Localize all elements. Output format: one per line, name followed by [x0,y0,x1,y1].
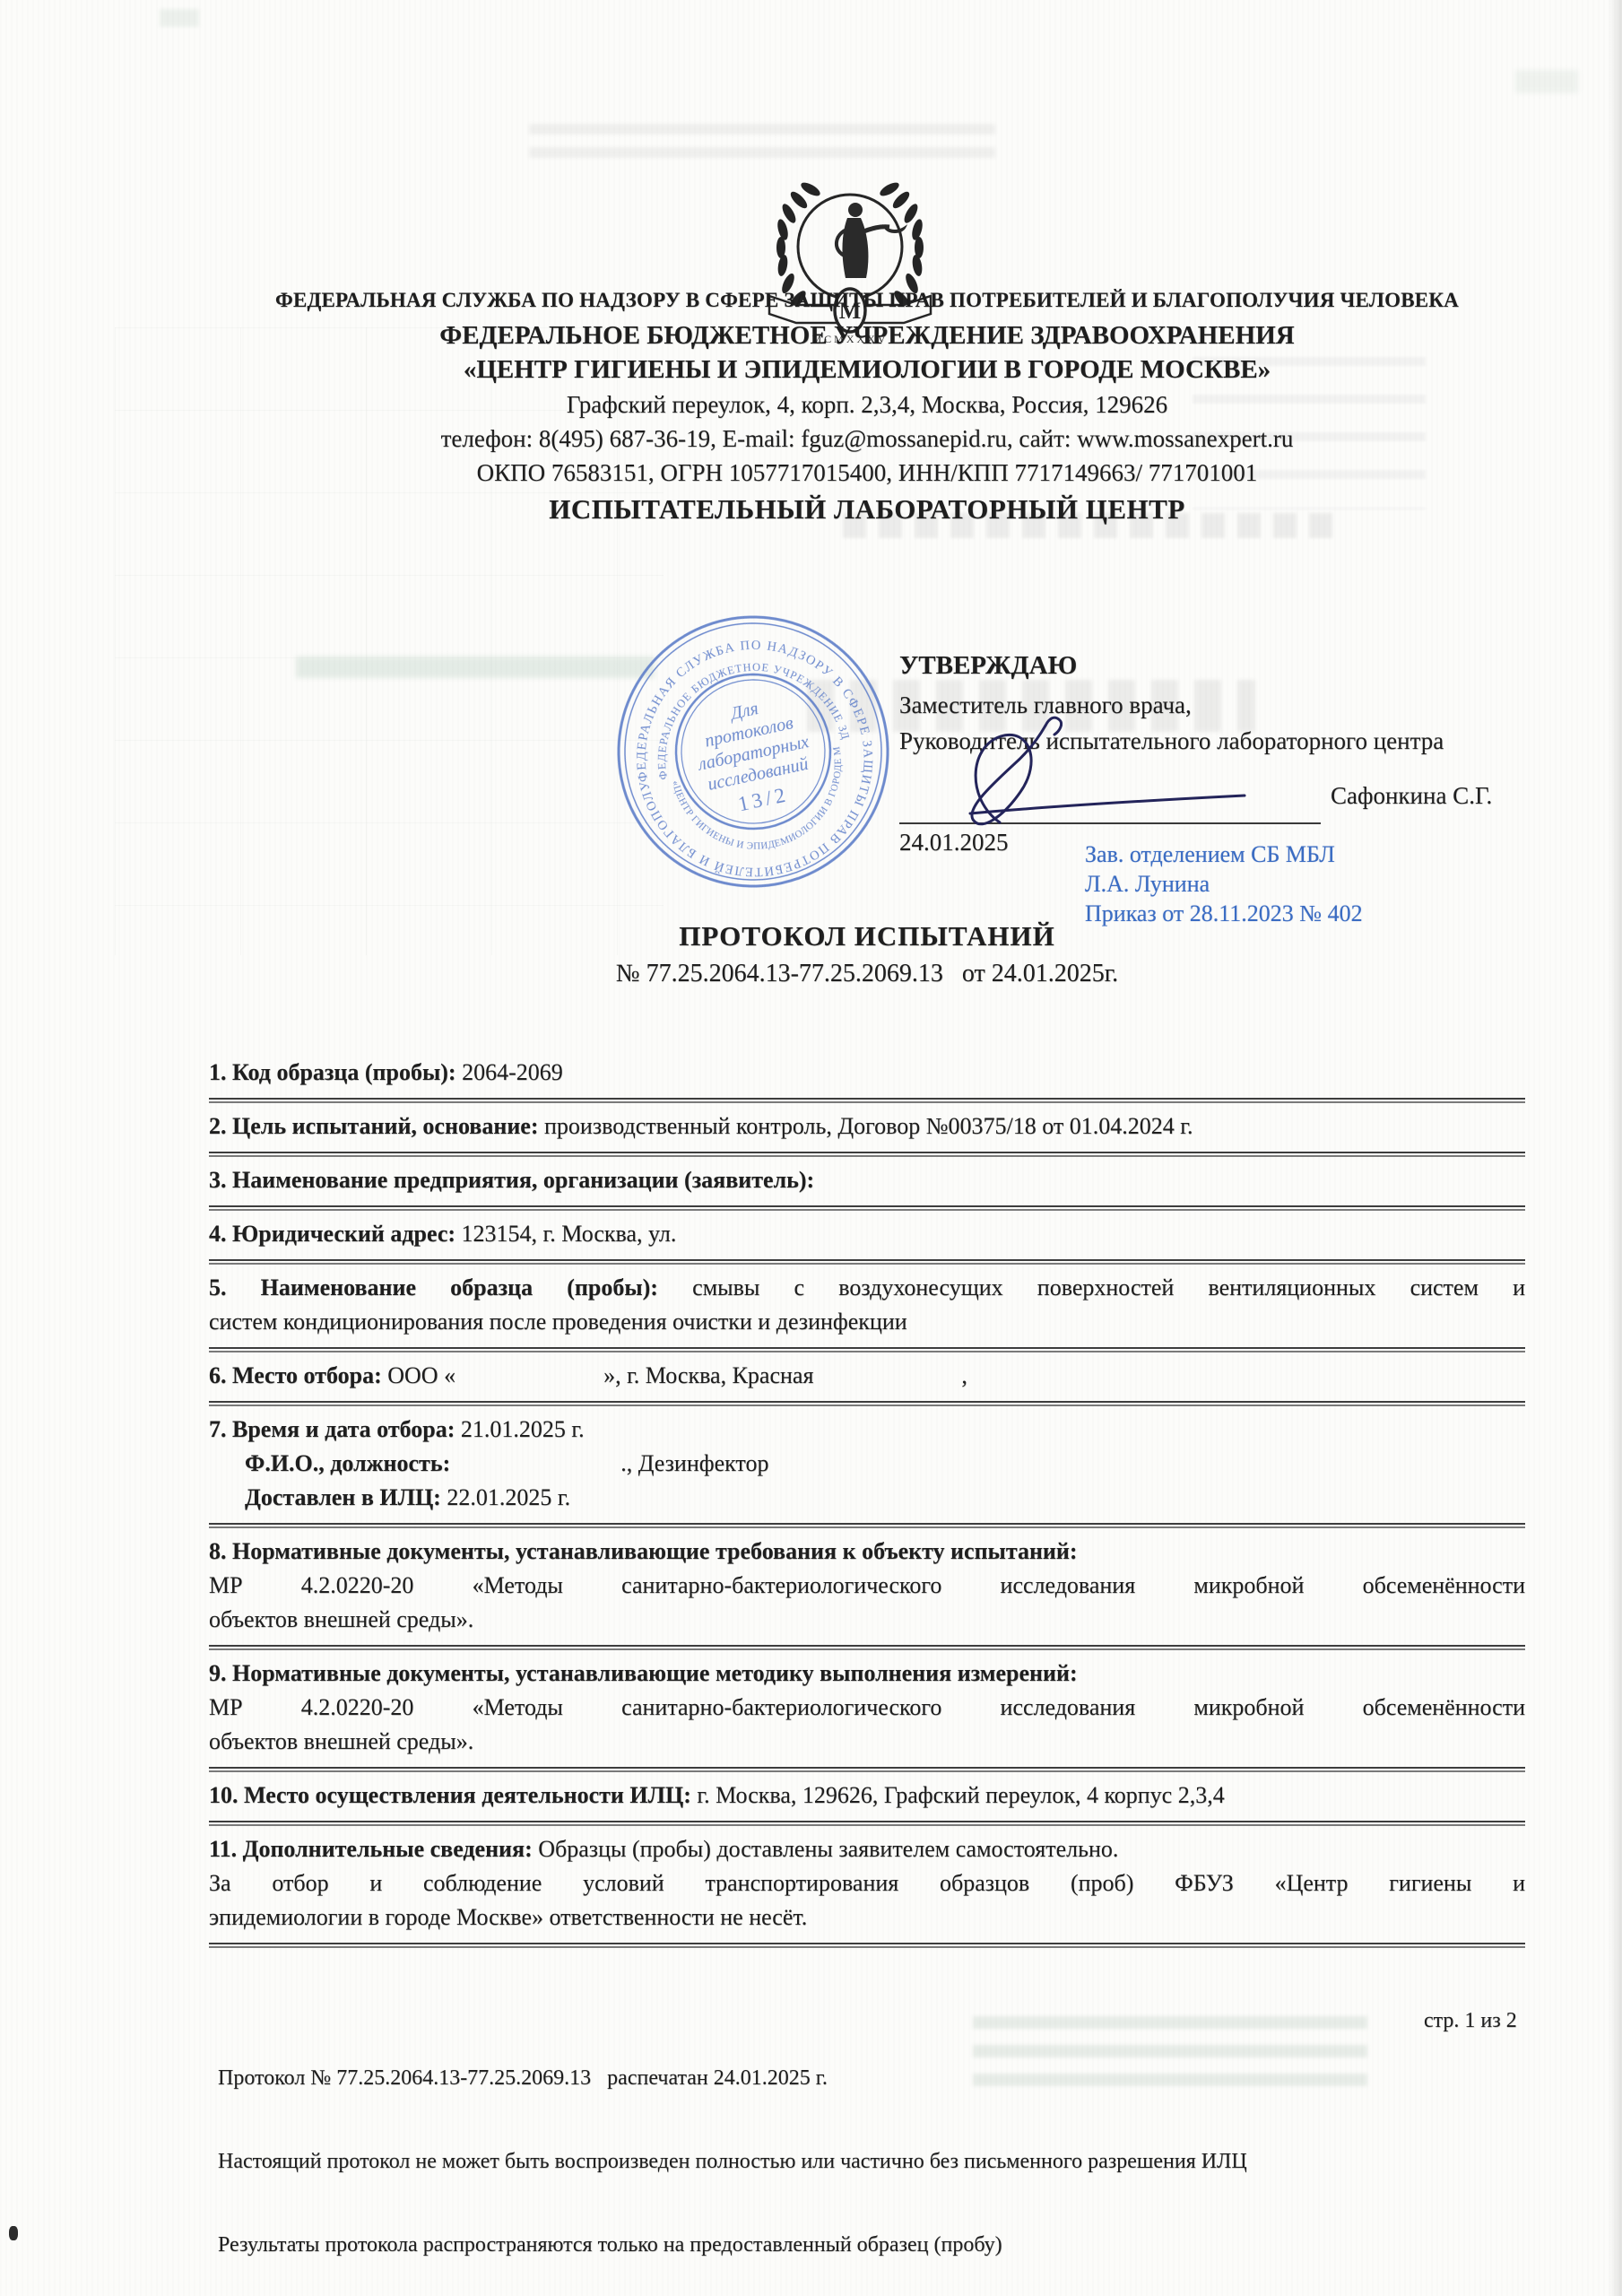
scanned-protocol-page: { "header": { "line1": "ФЕДЕРАЛЬНАЯ СЛУЖ… [0,0,1622,2296]
federal-service-line: ФЕДЕРАЛЬНАЯ СЛУЖБА ПО НАДЗОРУ В СФЕРЕ ЗА… [209,289,1525,312]
redacted-area [676,1232,909,1241]
footer-scope-note: Результаты протокола распространяются то… [218,2231,1527,2259]
lab-round-stamp: ФЕДЕРАЛЬНАЯ СЛУЖБА ПО НАДЗОРУ В СФЕРЕ ЗА… [551,550,956,954]
contacts-line: телефон: 8(495) 687-36-19, E-mail: fguz@… [209,425,1525,453]
divider [209,1943,1525,1948]
redacted-area [450,1462,620,1471]
item-applicant-name: 3. Наименование предприятия, организации… [209,1157,1525,1205]
redacted-area [820,1178,1107,1187]
stamp-center-number: 13/2 [736,783,791,815]
page-footer: Протокол № 77.25.2064.13-77.25.2069.13 р… [218,2009,1527,2287]
address-line: Графский переулок, 4, корп. 2,3,4, Москв… [209,391,1525,419]
redacted-area [813,1374,961,1383]
institution-line: ФЕДЕРАЛЬНОЕ БЮДЖЕТНОЕ УЧРЕЖДЕНИЕ ЗДРАВОО… [209,321,1525,351]
document-title-block: ПРОТОКОЛ ИСПЫТАНИЙ № 77.25.2064.13-77.25… [209,920,1525,988]
item-ilc-activity-place: 10. Место осуществления деятельности ИЛЦ… [209,1772,1525,1821]
bleed-through-smudge [529,124,995,161]
scan-artifact [1515,70,1578,93]
signer-name: Сафонкина С.Г. [1331,782,1492,810]
requisites-line: ОКПО 76583151, ОГРН 1057717015400, ИНН/К… [209,459,1525,487]
scan-edge-shadow [1609,0,1622,2296]
approve-heading: УТВЕРЖДАЮ [899,651,1536,681]
scan-artifact [160,9,199,27]
center-name-line: «ЦЕНТР ГИГИЕНЫ И ЭПИДЕМИОЛОГИИ В ГОРОДЕ … [209,355,1525,385]
item-additional-info: 11. Дополнительные сведения: Образцы (пр… [209,1826,1525,1943]
redacted-area [455,1374,603,1383]
item-sampling-place: 6. Место отбора: ООО «», г. Москва, Крас… [209,1352,1525,1401]
footer-protocol-line: Протокол № 77.25.2064.13-77.25.2069.13 р… [218,2065,1527,2092]
testing-lab-center-line: ИСПЫТАТЕЛЬНЫЙ ЛАБОРАТОРНЫЙ ЦЕНТР [209,493,1525,526]
handwritten-signature [915,713,1300,865]
item-sample-name: 5. Наименование образца (пробы): смывы с… [209,1265,1525,1347]
item-sample-code: 1. Код образца (пробы): 2064-2069 [209,1049,1525,1098]
item-normative-docs-methods: 9. Нормативные документы, устанавливающи… [209,1650,1525,1767]
item-test-purpose: 2. Цель испытаний, основание: производст… [209,1103,1525,1152]
protocol-heading: ПРОТОКОЛ ИСПЫТАНИЙ [209,920,1525,952]
page-number: стр. 1 из 2 [1424,2009,1517,2033]
item-legal-address: 4. Юридический адрес: 123154, г. Москва,… [209,1211,1525,1259]
annotation-line-2: Л.А. Лунина [1085,869,1363,899]
protocol-number-line: № 77.25.2064.13-77.25.2069.13 от 24.01.2… [209,960,1525,988]
item-sampling-datetime: 7. Время и дата отбора: 21.01.2025 г. Ф.… [209,1406,1525,1523]
scan-artifact [9,2226,18,2240]
footer-copy-restriction: Настоящий протокол не может быть воспрои… [218,2148,1527,2176]
letterhead: ФЕДЕРАЛЬНАЯ СЛУЖБА ПО НАДЗОРУ В СФЕРЕ ЗА… [209,289,1525,526]
item-normative-docs-requirements: 8. Нормативные документы, устанавливающи… [209,1528,1525,1645]
protocol-items: 1. Код образца (пробы): 2064-2069 2. Цел… [209,1049,1525,1948]
